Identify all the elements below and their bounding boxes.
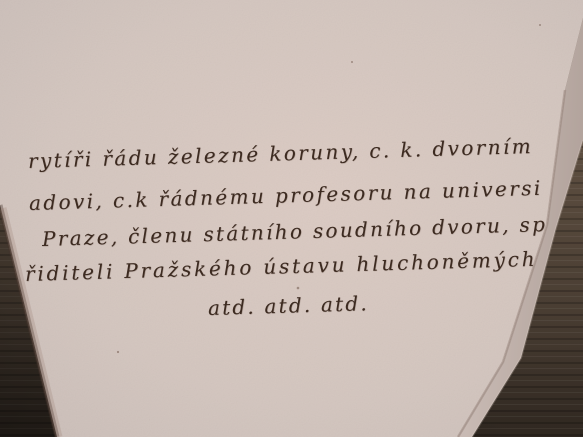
photo-scene: rytíři řádu železné koruny, c. k. dvorní… bbox=[0, 0, 583, 437]
inscription-line-5: atd. atd. atd. bbox=[208, 291, 370, 320]
inscription-line-1: rytíři řádu železné koruny, c. k. dvorní… bbox=[28, 134, 534, 173]
inscription-line-4: řiditeli Pražského ústavu hluchoněmých bbox=[25, 247, 538, 286]
handwritten-inscription: rytíři řádu železné koruny, c. k. dvorní… bbox=[0, 0, 583, 437]
inscription-line-2: adovi, c.k řádnému profesoru na universi bbox=[29, 176, 543, 215]
inscription-line-3: Praze, členu státního soudního dvoru, sp bbox=[42, 212, 548, 251]
